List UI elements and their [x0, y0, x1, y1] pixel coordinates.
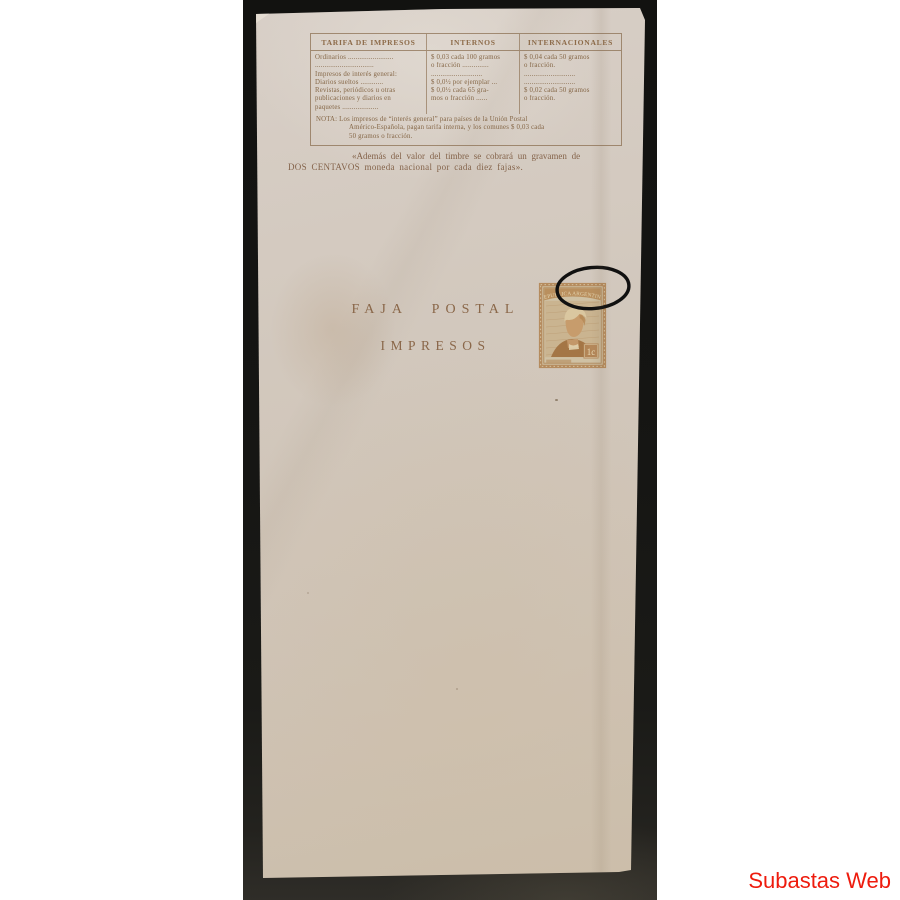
- table-body: Ordinarios ........................ ....…: [311, 51, 621, 114]
- header-tarifa-de-impresos: TARIFA DE IMPRESOS: [311, 34, 426, 50]
- table-line: o fracción.: [524, 62, 618, 70]
- stamp-paper: [539, 283, 606, 368]
- stamp-denomination: 1c: [587, 347, 596, 357]
- denomination-box: [584, 344, 599, 359]
- nota-line: 50 gramos o fracción.: [316, 133, 615, 141]
- table-line: ...........................: [431, 71, 516, 79]
- column-internos: $ 0,03 cada 100 gramos o fracción ......…: [426, 51, 519, 114]
- paper-speck: [307, 592, 309, 594]
- ink-circle-annotation: [552, 261, 636, 317]
- table-line: Diarios sueltos ............: [315, 79, 423, 87]
- table-nota-section: NOTA: Los impresos de “interés general” …: [311, 114, 621, 145]
- nota-line: Américo-Española, pagan tarifa interna, …: [316, 124, 615, 132]
- table-line: Revistas, periódicos u otras: [315, 87, 423, 95]
- header-internos: INTERNOS: [426, 34, 519, 50]
- column-internacionales: $ 0,04 cada 50 gramos o fracción. ......…: [519, 51, 621, 114]
- sarmiento-portrait: [551, 308, 595, 358]
- table-line: paquetes ...................: [315, 104, 423, 112]
- paper-speck: [456, 688, 458, 690]
- paper-speck: [555, 399, 558, 401]
- table-line: $ 0,04 cada 50 gramos: [524, 54, 618, 62]
- table-line: o fracción.: [524, 95, 618, 103]
- tariff-table: TARIFA DE IMPRESOS INTERNOS INTERNACIONA…: [310, 33, 622, 146]
- table-line: ...........................: [524, 71, 618, 79]
- table-line: ...............................: [315, 62, 423, 70]
- stamp-name-strip: [546, 360, 571, 363]
- document-subtitle: IMPRESOS: [298, 338, 573, 354]
- table-line: ...........................: [524, 79, 618, 87]
- table-line: Impresos de interés general:: [315, 71, 423, 79]
- notice-line: DOS CENTAVOS moneda nacional por cada di…: [288, 162, 628, 173]
- stamp-top-band: [544, 288, 600, 300]
- nota-line: NOTA: Los impresos de “interés general” …: [316, 116, 615, 124]
- argentina-1c-stamp-imprint: REPUBLICA ARGENTINA: [538, 282, 607, 369]
- table-line: o fracción ..............: [431, 62, 516, 70]
- subastas-web-watermark: Subastas Web: [748, 868, 891, 894]
- header-internacionales: INTERNACIONALES: [519, 34, 621, 50]
- stamp-vignette: [545, 301, 600, 357]
- postal-wrapper-document: TARIFA DE IMPRESOS INTERNOS INTERNACIONA…: [243, 0, 657, 900]
- surcharge-notice: «Además del valor del timbre se cobrará …: [288, 151, 628, 173]
- notice-line: «Además del valor del timbre se cobrará …: [288, 151, 628, 162]
- auction-photo-frame: TARIFA DE IMPRESOS INTERNOS INTERNACIONA…: [0, 0, 900, 900]
- stamp-country-text: REPUBLICA ARGENTINA: [538, 282, 601, 301]
- column-descriptions: Ordinarios ........................ ....…: [311, 51, 426, 114]
- table-line: Ordinarios ........................: [315, 54, 423, 62]
- table-line: mos o fracción ......: [431, 95, 516, 103]
- table-line: publicaciones y diarios en: [315, 95, 423, 103]
- table-line: $ 0,0½ cada 65 gra-: [431, 87, 516, 95]
- table-line: $ 0,02 cada 50 gramos: [524, 87, 618, 95]
- photo-background: TARIFA DE IMPRESOS INTERNOS INTERNACIONA…: [243, 0, 657, 900]
- table-line: $ 0,03 cada 100 gramos: [431, 54, 516, 62]
- document-title: FAJA POSTAL: [298, 302, 573, 318]
- table-line: $ 0,0½ por ejemplar ...: [431, 79, 516, 87]
- table-header-row: TARIFA DE IMPRESOS INTERNOS INTERNACIONA…: [311, 34, 621, 51]
- vignette-hatching: [546, 302, 599, 355]
